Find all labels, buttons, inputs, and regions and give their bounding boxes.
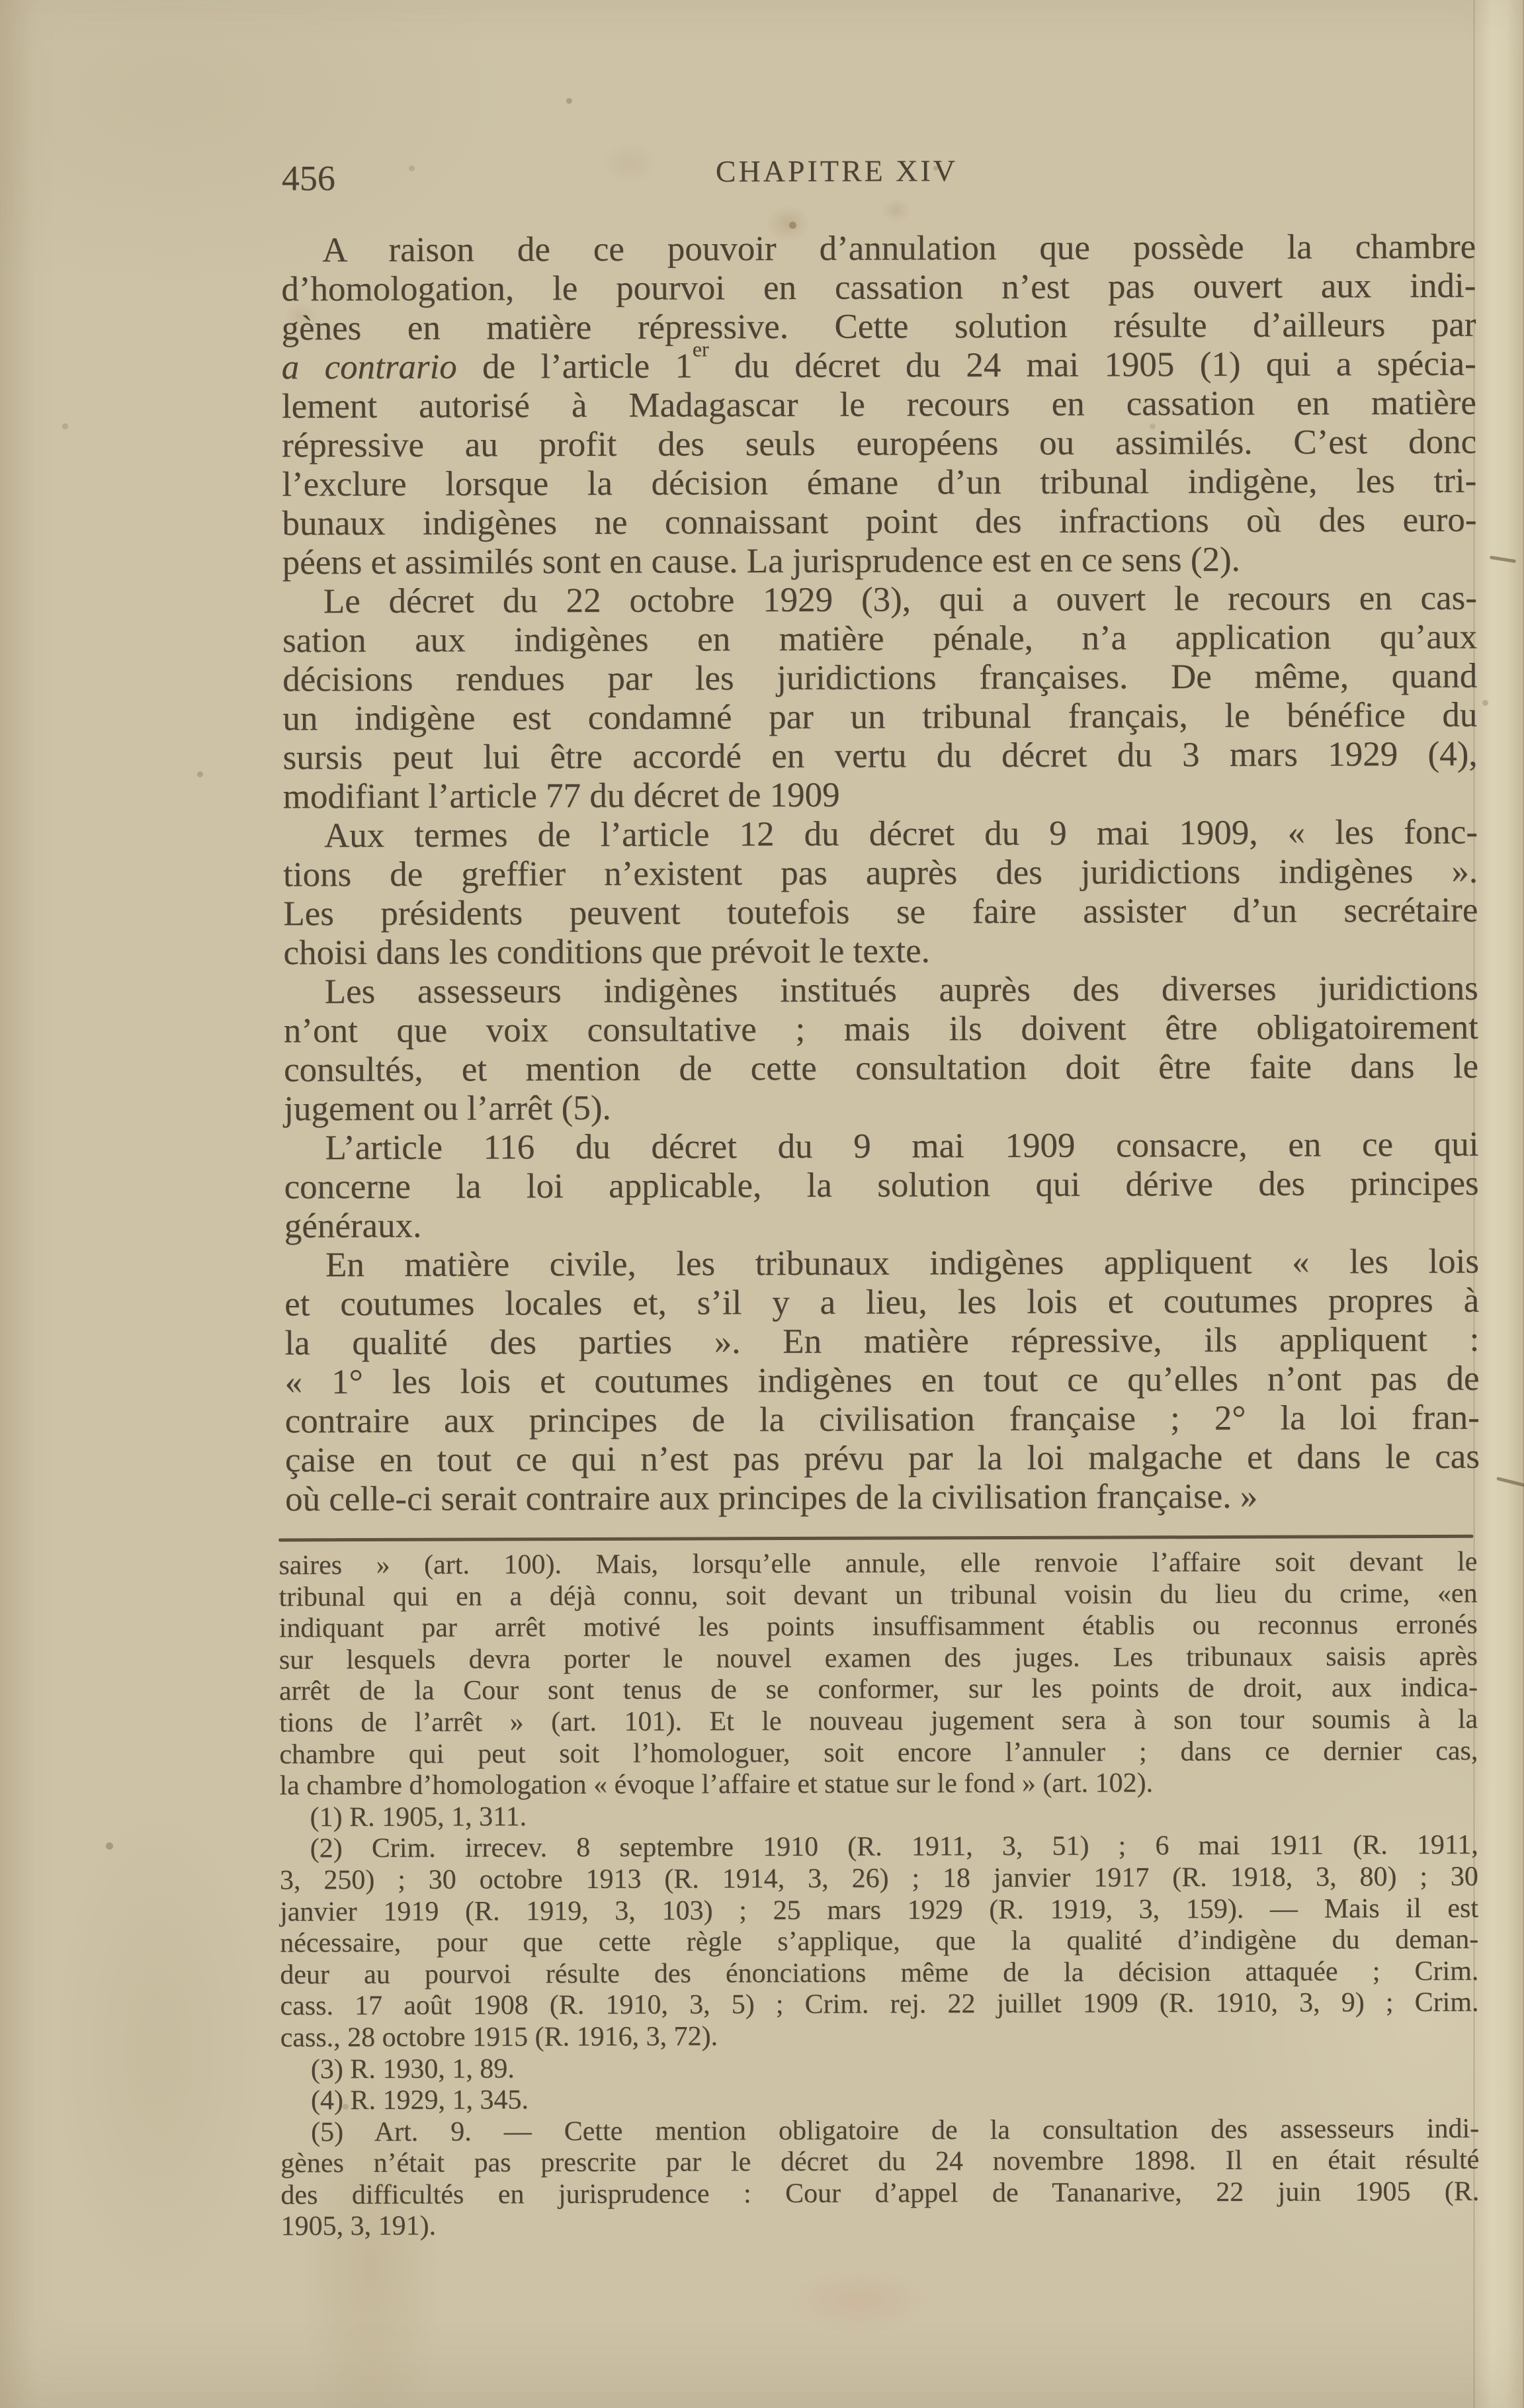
footnote-text-line: 3, 250) ; 30 octobre 1913 (R. 1914, 3, 2… xyxy=(280,1862,1478,1897)
body-text-line: péens et assimilés sont en cause. La jur… xyxy=(282,540,1477,583)
footnote-text-line: la chambre d’homologation « évoque l’aff… xyxy=(279,1767,1478,1802)
footnote-text-line: indiquant par arrêt motivé les points in… xyxy=(279,1610,1478,1645)
body-text-line: sursis peut lui être accordé en vertu du… xyxy=(282,735,1477,778)
footnote-text-line: (2) Crim. irrecev. 8 septembre 1910 (R. … xyxy=(280,1830,1478,1865)
body-text-line: un indigène est condamné par un tribunal… xyxy=(282,696,1477,739)
body-text-line: contraire aux principes de la civilisati… xyxy=(285,1398,1480,1441)
body-text-line: « 1° les lois et coutumes indigènes en t… xyxy=(284,1359,1479,1402)
chapter-running-title: CHAPITRE XIV xyxy=(716,153,958,189)
body-text-line: l’exclure lorsque la décision émane d’un… xyxy=(282,462,1476,505)
body-text-line: modifiant l’article 77 du décret de 1909 xyxy=(283,774,1478,817)
body-text-line: A raison de ce pouvoir d’annulation que … xyxy=(281,228,1476,271)
page-header: 456 CHAPITRE XIV xyxy=(0,0,1521,3)
footnote-text-line: tions de l’arrêt » (art. 101). Et le nou… xyxy=(279,1704,1478,1739)
body-text-line: gènes en matière répressive. Cette solut… xyxy=(281,306,1476,349)
body-text-line: choisi dans les conditions que prévoit l… xyxy=(283,930,1478,973)
body-text-line: concerne la loi applicable, la solution … xyxy=(284,1164,1479,1207)
footnote-text-line: 1905, 3, 191). xyxy=(280,2208,1479,2243)
body-text-line: L’article 116 du décret du 9 mai 1909 co… xyxy=(284,1125,1478,1168)
body-text-line: consultés, et mention de cette consultat… xyxy=(284,1047,1478,1090)
body-text-line: et coutumes locales et, s’il y a lieu, l… xyxy=(284,1281,1479,1324)
body-text-line: généraux. xyxy=(284,1203,1479,1246)
footnote-separator-rule xyxy=(278,1535,1473,1542)
body-text-line: tions de greffier n’existent pas auprès … xyxy=(283,852,1478,895)
footnote-text-line: (4) R. 1929, 1, 345. xyxy=(280,2082,1479,2117)
footnote-text-line: sur lesquels devra porter le nouvel exam… xyxy=(279,1641,1478,1676)
body-text-line: a contrario de l’article 1er du décret d… xyxy=(282,345,1476,388)
footnote-text-line: chambre qui peut soit l’homologuer, soit… xyxy=(279,1735,1478,1770)
footnote-text-line: (5) Art. 9. — Cette mention obligatoire … xyxy=(280,2113,1479,2148)
body-text-line: sation aux indigènes en matière pénale, … xyxy=(282,618,1477,661)
body-text-line: Les assesseurs indigènes institués auprè… xyxy=(284,969,1478,1012)
page-number: 456 xyxy=(282,157,335,198)
body-text-line: d’homologation, le pourvoi en cassation … xyxy=(281,267,1476,310)
body-text-line: jugement ou l’arrêt (5). xyxy=(284,1086,1478,1129)
footnote-text-line: deur au pourvoi résulte des énonciations… xyxy=(280,1956,1478,1991)
main-text-column: A raison de ce pouvoir d’annulation que … xyxy=(281,228,1480,1520)
body-text-line: bunaux indigènes ne connaissant point de… xyxy=(282,501,1476,544)
footnote-text-line: arrêt de la Cour sont tenus de se confor… xyxy=(279,1672,1478,1707)
footnote-text-line: nécessaire, pour que cette règle s’appli… xyxy=(280,1924,1478,1959)
body-text-line: décisions rendues par les juridictions f… xyxy=(282,657,1477,700)
body-text-line: lement autorisé à Madagascar le recours … xyxy=(282,384,1476,427)
footnote-text-line: saires » (art. 100). Mais, lorsqu’elle a… xyxy=(278,1547,1477,1582)
body-text-line: la qualité des parties ». En matière rép… xyxy=(284,1320,1479,1363)
body-text-line: où celle-ci serait contraire aux princip… xyxy=(285,1477,1480,1520)
footnote-text-line: (3) R. 1930, 1, 89. xyxy=(280,2050,1479,2085)
footnote-text-line: tribunal qui en a déjà connu, soit devan… xyxy=(278,1578,1477,1613)
body-text-line: Le décret du 22 octobre 1929 (3), qui a … xyxy=(282,579,1477,622)
body-text-line: Aux termes de l’article 12 du décret du … xyxy=(283,813,1478,856)
body-text-line: En matière civile, les tribunaux indigèn… xyxy=(284,1242,1479,1285)
footnote-text-line: des difficultés en jurisprudence : Cour … xyxy=(280,2176,1479,2212)
page-content: 456 CHAPITRE XIV A raison de ce pouvoir … xyxy=(0,0,1524,2408)
footnote-text-line: gènes n’était pas prescrite par le décre… xyxy=(280,2145,1479,2180)
body-text-line: n’ont que voix consultative ; mais ils d… xyxy=(284,1008,1478,1051)
footnote-text-line: cass. 17 août 1908 (R. 1910, 3, 5) ; Cri… xyxy=(280,1987,1478,2022)
book-page: 456 CHAPITRE XIV A raison de ce pouvoir … xyxy=(0,0,1524,2408)
body-text-line: Les présidents peuvent toutefois se fair… xyxy=(283,891,1478,934)
footnote-text-line: (1) R. 1905, 1, 311. xyxy=(280,1799,1478,1834)
body-text-line: répressive au profit des seuls européens… xyxy=(282,423,1476,466)
footnotes-block: saires » (art. 100). Mais, lorsqu’elle a… xyxy=(278,1547,1479,2243)
footnote-text-line: janvier 1919 (R. 1919, 3, 103) ; 25 mars… xyxy=(280,1893,1478,1928)
body-text-line: çaise en tout ce qui n’est pas prévu par… xyxy=(285,1438,1480,1481)
footnote-text-line: cass., 28 octobre 1915 (R. 1916, 3, 72). xyxy=(280,2019,1479,2054)
